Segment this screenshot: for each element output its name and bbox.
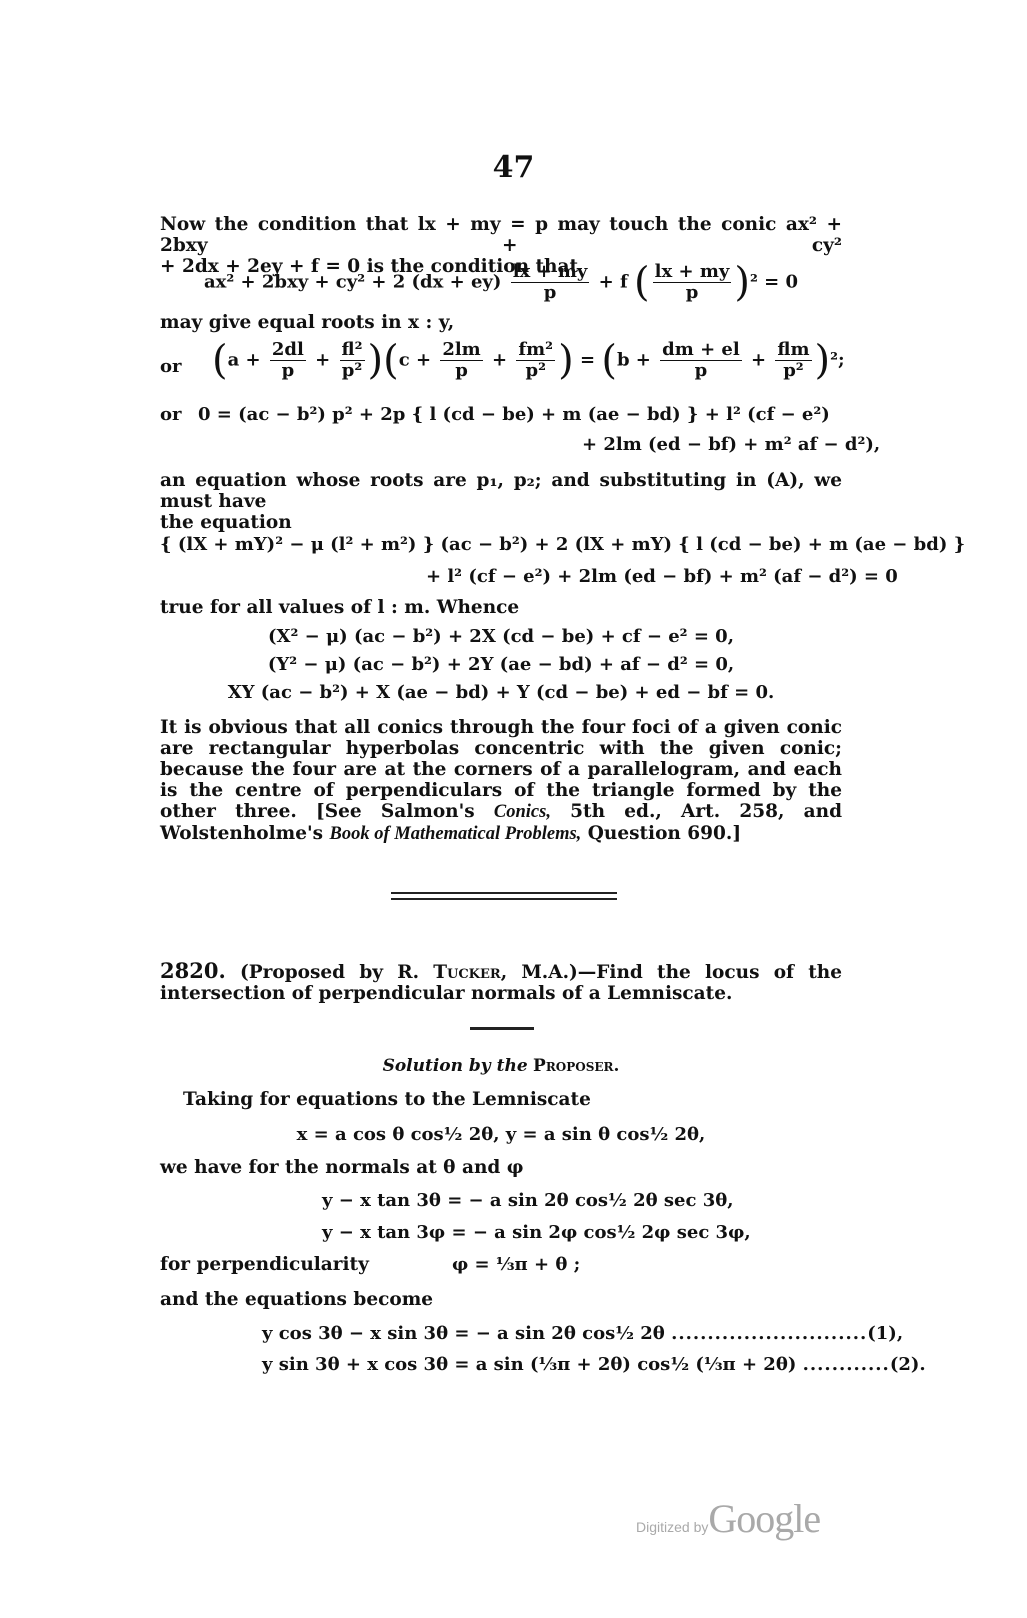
section-divider-rule xyxy=(391,892,617,894)
normal-eq-theta: y − x tan 3θ = − a sin 2θ cos½ 2θ sec 3θ… xyxy=(322,1190,734,1211)
question-number: 2820. xyxy=(160,958,226,983)
equation-4-line-2: + l² (cf − e²) + 2lm (ed − bf) + m² (af … xyxy=(426,566,898,587)
normals-line: we have for the normals at θ and φ xyxy=(160,1157,842,1178)
final-eq-1: y cos 3θ − x sin 3θ = − a sin 2θ cos½ 2θ… xyxy=(262,1323,903,1344)
page-number: 47 xyxy=(0,150,1027,185)
solution-heading: Solution by the Proposer. xyxy=(160,1056,842,1076)
equation-3-line-1: 0 = (ac − b²) p² + 2p { l (cd − be) + m … xyxy=(198,404,830,425)
closing-paragraph: It is obvious that all conics through th… xyxy=(160,717,842,845)
intro-line-1: Now the condition that lx + my = p may t… xyxy=(160,214,842,256)
become-line: and the equations become xyxy=(160,1289,842,1310)
or-label-2: or xyxy=(160,404,182,425)
lemniscate-equation: x = a cos θ cos½ 2θ, y = a sin θ cos½ 2θ… xyxy=(160,1124,842,1145)
equation-4-line-1: { (lX + mY)² − μ (l² + m²) } (ac − b²) +… xyxy=(160,534,965,555)
question-2820: 2820. (Proposed by R. Tucker, M.A.)—Find… xyxy=(160,960,842,1004)
system-eq-2: (Y² − μ) (ac − b²) + 2Y (ae − bd) + af −… xyxy=(160,654,842,675)
or-label-1: or xyxy=(160,356,182,377)
equal-roots-line: may give equal roots in x : y, xyxy=(160,312,842,333)
final-eq-2: y sin 3θ + x cos 3θ = a sin (⅓π + 2θ) co… xyxy=(262,1354,926,1375)
whence-line: true for all values of l : m. Whence xyxy=(160,597,842,618)
roots-paragraph: an equation whose roots are p₁, p₂; and … xyxy=(160,470,842,533)
equation-2: (a + 2dlp + fl²p²)(c + 2lmp + fm²p²) = (… xyxy=(212,340,845,381)
short-divider-rule xyxy=(470,1027,534,1030)
system-eq-1: (X² − μ) (ac − b²) + 2X (cd − be) + cf −… xyxy=(160,626,842,647)
digitized-by-google-watermark: Digitized byGoogle xyxy=(636,1495,820,1542)
system-eq-3: XY (ac − b²) + X (ae − bd) + Y (cd − be)… xyxy=(160,682,842,703)
perpendicularity-equation: φ = ⅓π + θ ; xyxy=(452,1254,580,1275)
section-divider-rule-2 xyxy=(391,898,617,900)
normal-eq-phi: y − x tan 3φ = − a sin 2φ cos½ 2φ sec 3φ… xyxy=(322,1222,751,1243)
equation-1: ax² + 2bxy + cy² + 2 (dx + ey) lx + myp … xyxy=(160,262,842,303)
equation-3-line-2: + 2lm (ed − bf) + m² af − d²), xyxy=(582,434,880,455)
taking-line: Taking for equations to the Lemniscate xyxy=(183,1089,865,1110)
